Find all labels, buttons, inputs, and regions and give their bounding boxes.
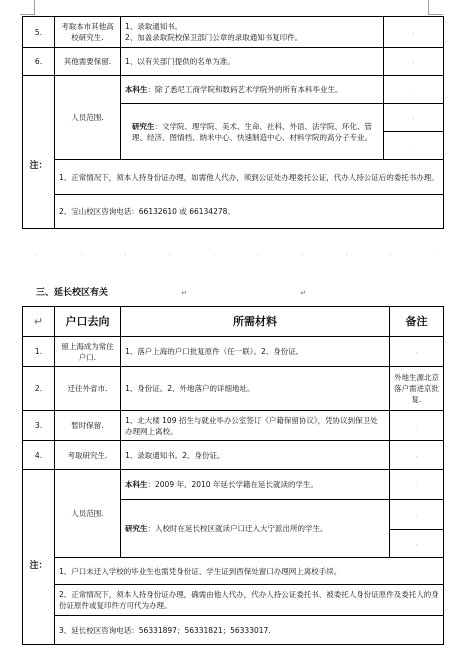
paragraph-mark: .: [257, 250, 259, 257]
household-destination: 考取研究生.: [55, 441, 121, 470]
undergrad-label: 本科生: [125, 480, 148, 489]
page-margin-corner-left: [20, 0, 35, 15]
row-number: 4.: [23, 441, 55, 470]
remark-cell: .: [384, 132, 444, 160]
required-materials: 1、落户上海的户口批复原件（任一联）。2、身份证。: [121, 337, 390, 367]
scope-grad: 研究生：文学院、理学院、美术、生命、社科、外语、法学院、环化、管理、经济、图情档…: [121, 104, 384, 160]
header-destination: 户口去向: [55, 307, 121, 337]
row-number: 6.: [23, 48, 55, 76]
note-label: 注：: [23, 470, 55, 645]
paragraph-mark: .: [390, 250, 392, 257]
required-materials: 1、录取通知书。 2、加盖录取院校保卫部门公章的录取通知书复印件。: [121, 17, 384, 48]
table-row: 1、正常情况下，须本人持身份证办理，如需他人代办，须到公证处办理委托公证，代办人…: [23, 160, 444, 195]
grad-label: 研究生: [132, 122, 155, 131]
note-item: 3、延长校区咨询电话：56331897；56331821；56333017.: [55, 616, 444, 645]
empty-paragraph-marks: . . . . . . . . . .: [36, 250, 436, 257]
household-destination: 迁往外省市.: [55, 367, 121, 411]
header-num: ↵: [23, 307, 55, 337]
paragraph-mark: .: [80, 250, 82, 257]
scope-label: 人员范围.: [55, 470, 121, 558]
table-row: 5. 考取本市其他高校研究生. 1、录取通知书。 2、加盖录取院校保卫部门公章的…: [23, 17, 444, 48]
note-item: 1、正常情况下，须本人持身份证办理，如需他人代办，须到公证处办理委托公证，代办人…: [55, 160, 444, 195]
table-row: 3、延长校区咨询电话：56331897；56331821；56333017.: [23, 616, 444, 645]
remark-cell: .: [384, 104, 444, 132]
note-item: 2、宝山校区咨询电话：66132610 或 66134278。: [55, 195, 444, 229]
paragraph-mark: .: [36, 250, 38, 257]
table-row: 注： 人员范围. 本科生：除了悉尼工商学院和数码艺术学院外的所有本科毕业生。 .: [23, 76, 444, 104]
undergrad-text: ：2009 年、2010 年延长学籍在延长就读的学生。: [148, 480, 318, 489]
table-row: 1. 留上海成为常住户口. 1、落户上海的户口批复原件（任一联）。2、身份证。 …: [23, 337, 444, 367]
paragraph-mark: .: [124, 250, 126, 257]
remark-cell: 外地生源北京落户需进京批复.: [390, 367, 444, 411]
grad-text: ：文学院、理学院、美术、生命、社科、外语、法学院、环化、管理、经济、图情档、纳米…: [132, 122, 372, 142]
table-row: 2、正常情况下，须本人持身份证办理，确需由他人代办，代办人持公证委托书、被委托人…: [23, 585, 444, 616]
paragraph-mark: .: [301, 250, 303, 257]
paragraph-mark: .: [213, 250, 215, 257]
scope-label: 人员范围.: [55, 76, 121, 160]
section-title-text: 三、延长校区有关: [36, 288, 108, 298]
row-number: 2.: [23, 367, 55, 411]
return-mark: ↵: [300, 289, 306, 297]
household-destination: 暂时保留.: [55, 411, 121, 441]
remark-cell: .: [390, 441, 444, 470]
required-materials: 1、身份证。2、外地落户的详细地址。: [121, 367, 390, 411]
remark-cell: .: [384, 17, 444, 48]
required-materials: 1、以有关部门提供的名单为准。: [121, 48, 384, 76]
return-mark: ↵: [181, 289, 187, 297]
table-yanchang: ↵ 户口去向 所需材料 备注 1. 留上海成为常住户口. 1、落户上海的户口批复…: [22, 306, 444, 645]
note-item: 1、户口未迁入学校的毕业生也需凭身份证、学生证到西保处窗口办理网上离校手续。: [55, 558, 444, 585]
household-destination: 留上海成为常住户口.: [55, 337, 121, 367]
paragraph-mark: .: [434, 250, 436, 257]
undergrad-text: ：除了悉尼工商学院和数码艺术学院外的所有本科毕业生。: [148, 85, 343, 94]
table-baoshan-continued: 5. 考取本市其他高校研究生. 1、录取通知书。 2、加盖录取院校保卫部门公章的…: [22, 16, 444, 229]
scope-undergrad: 本科生：2009 年、2010 年延长学籍在延长就读的学生。: [121, 470, 390, 500]
table-header-row: ↵ 户口去向 所需材料 备注: [23, 307, 444, 337]
remark-cell: .: [390, 411, 444, 441]
row-number: 3.: [23, 411, 55, 441]
row-number: 5.: [23, 17, 55, 48]
grad-text: ：入校时在延长校区就读户口迁入大宁派出所的学生。: [148, 524, 328, 533]
table-row: 1、户口未迁入学校的毕业生也需凭身份证、学生证到西保处窗口办理网上离校手续。: [23, 558, 444, 585]
household-destination: 考取本市其他高校研究生.: [55, 17, 121, 48]
scope-undergrad: 本科生：除了悉尼工商学院和数码艺术学院外的所有本科毕业生。: [121, 76, 384, 104]
table-row: 3. 暂时保留. 1、北大楼 109 招生与就业毕办公室签订《户籍保留协议》，凭…: [23, 411, 444, 441]
paragraph-mark: .: [169, 250, 171, 257]
note-label: 注：: [23, 76, 55, 229]
paragraph-mark: .: [346, 250, 348, 257]
page-margin-corner-right: [428, 0, 443, 15]
scope-grad: 研究生：入校时在延长校区就读户口迁入大宁派出所的学生。: [121, 500, 390, 558]
note-item: 2、正常情况下，须本人持身份证办理，确需由他人代办，代办人持公证委托书、被委托人…: [55, 585, 444, 616]
header-remark: 备注: [390, 307, 444, 337]
remark-cell: .: [390, 470, 444, 500]
remark-cell: .: [390, 337, 444, 367]
table-row: 6. 其他需要保留. 1、以有关部门提供的名单为准。 .: [23, 48, 444, 76]
undergrad-label: 本科生: [125, 85, 148, 94]
table-row: 2、宝山校区咨询电话：66132610 或 66134278。: [23, 195, 444, 229]
row-number: 1.: [23, 337, 55, 367]
remark-cell: .: [390, 500, 444, 530]
material-item: 2、加盖录取院校保卫部门公章的录取通知书复印件。: [125, 32, 379, 43]
section-title: 三、延长校区有关 ↵ ↵: [36, 285, 306, 298]
header-materials: 所需材料: [121, 307, 390, 337]
grad-label: 研究生: [125, 524, 148, 533]
remark-cell: .: [390, 530, 444, 558]
material-item: 1、录取通知书。: [125, 21, 379, 32]
table-row: 注： 人员范围. 本科生：2009 年、2010 年延长学籍在延长就读的学生。 …: [23, 470, 444, 500]
table-row: 2. 迁往外省市. 1、身份证。2、外地落户的详细地址。 外地生源北京落户需进京…: [23, 367, 444, 411]
remark-cell: .: [384, 48, 444, 76]
household-destination: 其他需要保留.: [55, 48, 121, 76]
required-materials: 1、北大楼 109 招生与就业毕办公室签订《户籍保留协议》，凭协议到保卫处办理网…: [121, 411, 390, 441]
table-row: 4. 考取研究生. 1、录取通知书。2、身份证。 .: [23, 441, 444, 470]
required-materials: 1、录取通知书。2、身份证。: [121, 441, 390, 470]
remark-cell: .: [384, 76, 444, 104]
